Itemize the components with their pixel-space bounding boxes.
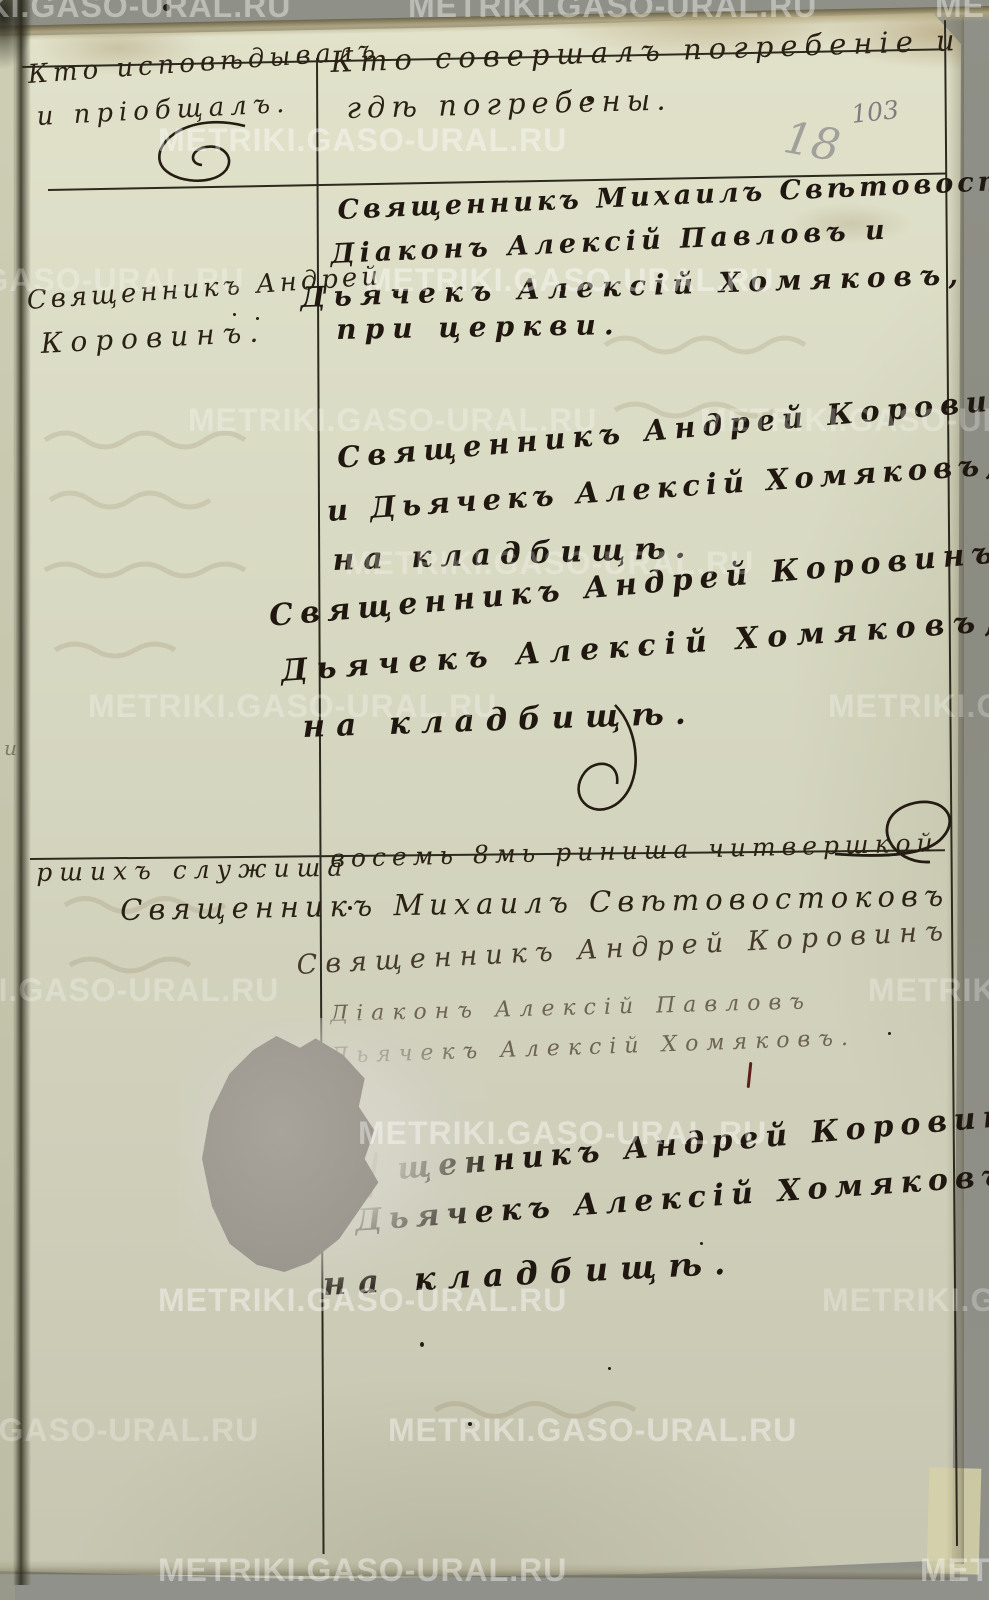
header-col2-line2: гдѣ погребены. <box>346 85 672 123</box>
watermark: METRIKI.GASO-URAL.RU <box>0 972 279 1009</box>
ink-speck <box>888 1032 891 1035</box>
watermark: METRIKI.GASO-URAL.RU <box>700 402 989 439</box>
watermark: METRIKI.GASO-URAL.RU <box>935 0 989 25</box>
ink-speck <box>700 1242 703 1245</box>
watermark: METRIKI.GASO-URAL.RU <box>365 262 774 299</box>
ink-speck <box>420 1342 424 1347</box>
watermark: METRIKI.GASO-URAL.RU <box>408 0 817 25</box>
ink-speck <box>608 1367 611 1370</box>
watermark: METRIKI.GASO-URAL.RU <box>828 688 989 725</box>
watermark: METRIKI.GASO-URAL.RU <box>0 262 244 299</box>
ink-speck <box>233 313 236 316</box>
ink-bleedthrough <box>40 420 310 720</box>
watermark: METRIKI.GASO-URAL.RU <box>868 972 989 1009</box>
row2-span-left: ршихъ служиша <box>36 855 349 885</box>
scanned-register-page: Кто исповѣдывалъ и пріобщалъ. Кто соверш… <box>0 0 989 1600</box>
row1-burial1-line4: при церкви. <box>336 311 622 344</box>
ink-speck <box>587 96 593 102</box>
watermark: METRIKI.GASO-URAL.RU <box>345 545 754 582</box>
watermark: METRIKI.GASO-URAL.RU <box>88 688 497 725</box>
watermark: METRIKI.GASO-URAL.RU <box>822 1282 989 1319</box>
watermark: METRIKI.GASO-URAL.RU <box>0 0 291 25</box>
watermark: METRIKI.GASO-URAL.RU <box>188 402 597 439</box>
watermark: METRIKI.GASO-URAL.RU <box>388 1412 797 1449</box>
ink-speck <box>256 317 259 320</box>
tail-flourish <box>545 700 675 820</box>
pencil-entry-mark: 18 <box>780 116 843 169</box>
watermark: METRIKI.GASO-URAL.RU <box>158 1552 567 1589</box>
pencil-page-number: 103 <box>850 97 900 127</box>
binding-crease <box>13 0 31 1585</box>
watermark: METRIKI.GASO-URAL.RU <box>158 122 567 159</box>
ink-speck <box>642 648 646 652</box>
ink-speck <box>348 906 352 910</box>
watermark: METRIKI.GASO-URAL.RU <box>920 1552 989 1589</box>
watermark: METRIKI.GASO-URAL.RU <box>358 1115 767 1152</box>
line-end-flourish <box>830 792 970 882</box>
watermark: METRIKI.GASO-URAL.RU <box>0 1412 259 1449</box>
watermark: METRIKI.GASO-URAL.RU <box>158 1282 567 1319</box>
